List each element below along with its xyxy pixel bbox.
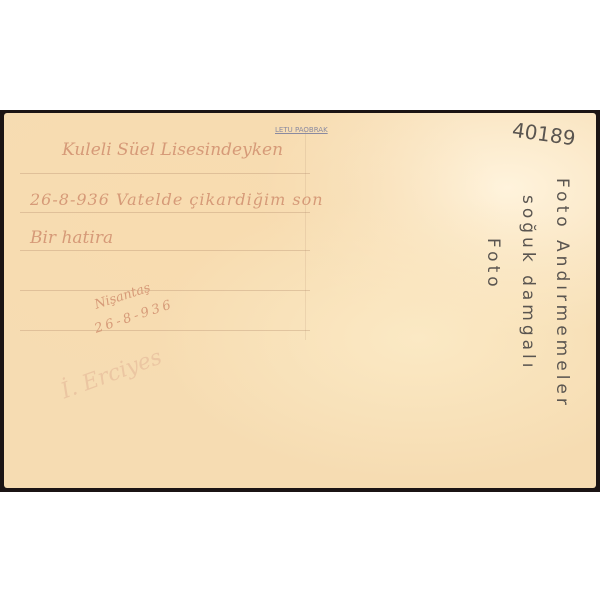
divider-line — [305, 130, 306, 340]
guide-line — [20, 290, 310, 291]
photographer-stamp: LETU PAOBRAK — [275, 126, 328, 134]
pencil-note-1: Foto Andırmemeler — [552, 178, 572, 409]
pencil-note-3: Foto — [483, 238, 503, 291]
guide-line — [20, 250, 310, 251]
pencil-note-2: soğuk damgalı — [518, 195, 538, 372]
inscription-line-3: Bir hatira — [30, 228, 113, 248]
inscription-line-2: 26-8-936 Vatelde çikardiğim son — [30, 190, 324, 209]
guide-line — [20, 173, 310, 174]
guide-line — [20, 212, 310, 213]
inscription-line-1: Kuleli Süel Lisesindeyken — [62, 140, 283, 160]
guide-line — [20, 330, 310, 331]
